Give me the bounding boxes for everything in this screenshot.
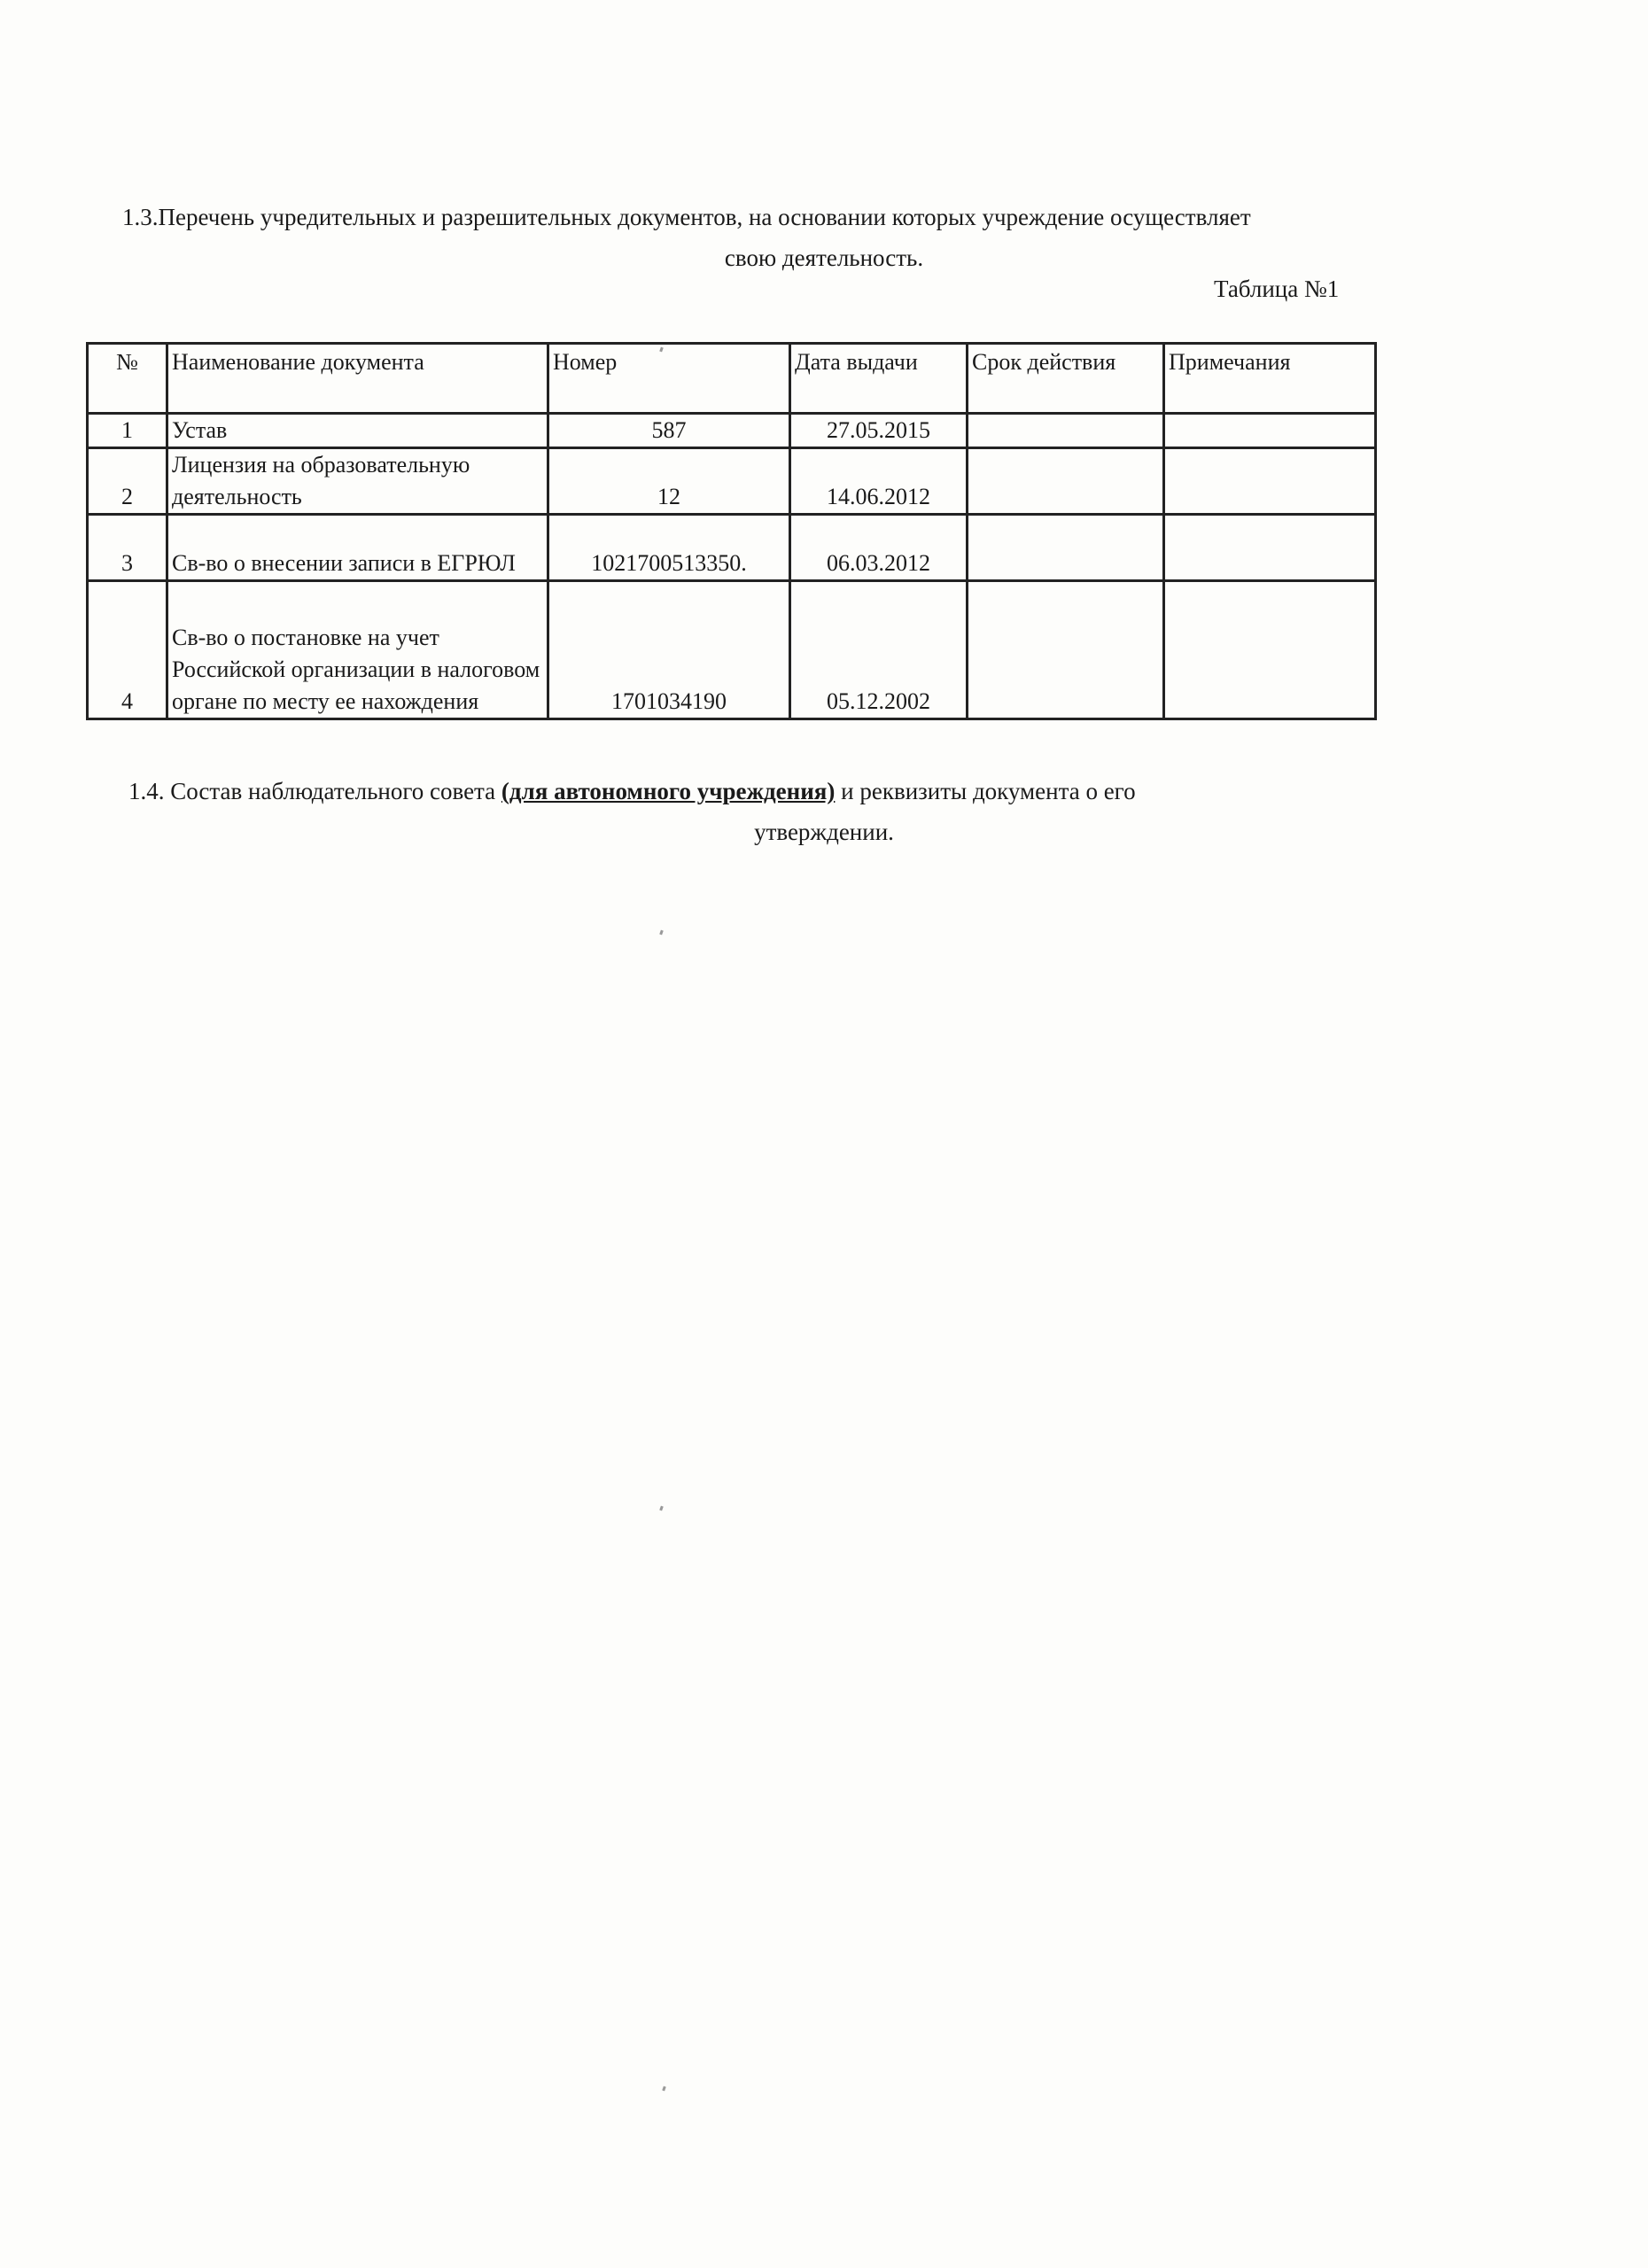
- header-number: №: [88, 344, 167, 414]
- cell-validity: [968, 448, 1164, 515]
- scan-speck: [659, 1506, 664, 1511]
- cell-num: 1: [88, 414, 167, 448]
- cell-num: 2: [88, 448, 167, 515]
- cell-number: 1021700513350.: [548, 515, 790, 581]
- scan-speck: [659, 930, 664, 936]
- cell-validity: [968, 414, 1164, 448]
- cell-validity: [968, 515, 1164, 581]
- table-row: 1 Устав 587 27.05.2015: [88, 414, 1376, 448]
- scan-speck: [662, 2086, 666, 2092]
- section-text: Перечень учредительных и разрешительных …: [159, 204, 1251, 230]
- section-1-3-continuation: свою деятельность.: [0, 237, 1648, 278]
- cell-number: 1701034190: [548, 581, 790, 719]
- cell-date: 06.03.2012: [790, 515, 968, 581]
- section-number: 1.3.: [122, 197, 159, 237]
- section-text-after: и реквизиты документа о его: [835, 778, 1135, 804]
- table-header-row: № Наименование документа Номер Дата выда…: [88, 344, 1376, 414]
- cell-name: Устав: [167, 414, 548, 448]
- header-document-name: Наименование документа: [167, 344, 548, 414]
- cell-num: 3: [88, 515, 167, 581]
- header-validity: Срок действия: [968, 344, 1164, 414]
- emphasis-text: (для автономного учреждения): [501, 778, 835, 804]
- header-doc-number: Номер: [548, 344, 790, 414]
- section-1-4-continuation: утверждении.: [0, 812, 1648, 852]
- section-number: 1.4.: [128, 771, 165, 812]
- section-text: Состав наблюдательного совета: [170, 778, 501, 804]
- cell-date: 05.12.2002: [790, 581, 968, 719]
- cell-name: Св-во о внесении записи в ЕГРЮЛ: [167, 515, 548, 581]
- cell-notes: [1164, 515, 1376, 581]
- cell-notes: [1164, 448, 1376, 515]
- table-row: 4 Св-во о постановке на учет Российской …: [88, 581, 1376, 719]
- table-row: 3 Св-во о внесении записи в ЕГРЮЛ 102170…: [88, 515, 1376, 581]
- cell-notes: [1164, 581, 1376, 719]
- section-1-3-heading: 1.3.Перечень учредительных и разрешитель…: [122, 197, 1504, 237]
- cell-num: 4: [88, 581, 167, 719]
- header-notes: Примечания: [1164, 344, 1376, 414]
- cell-date: 27.05.2015: [790, 414, 968, 448]
- documents-table: № Наименование документа Номер Дата выда…: [86, 342, 1377, 720]
- cell-number: 12: [548, 448, 790, 515]
- section-1-4-heading: 1.4. Состав наблюдательного совета (для …: [128, 771, 1546, 812]
- cell-name: Лицензия на образовательную деятельность: [167, 448, 548, 515]
- table-row: 2 Лицензия на образовательную деятельнос…: [88, 448, 1376, 515]
- cell-number: 587: [548, 414, 790, 448]
- cell-validity: [968, 581, 1164, 719]
- cell-date: 14.06.2012: [790, 448, 968, 515]
- cell-notes: [1164, 414, 1376, 448]
- table-caption: Таблица №1: [1214, 268, 1339, 309]
- header-issue-date: Дата выдачи: [790, 344, 968, 414]
- cell-name: Св-во о постановке на учет Российской ор…: [167, 581, 548, 719]
